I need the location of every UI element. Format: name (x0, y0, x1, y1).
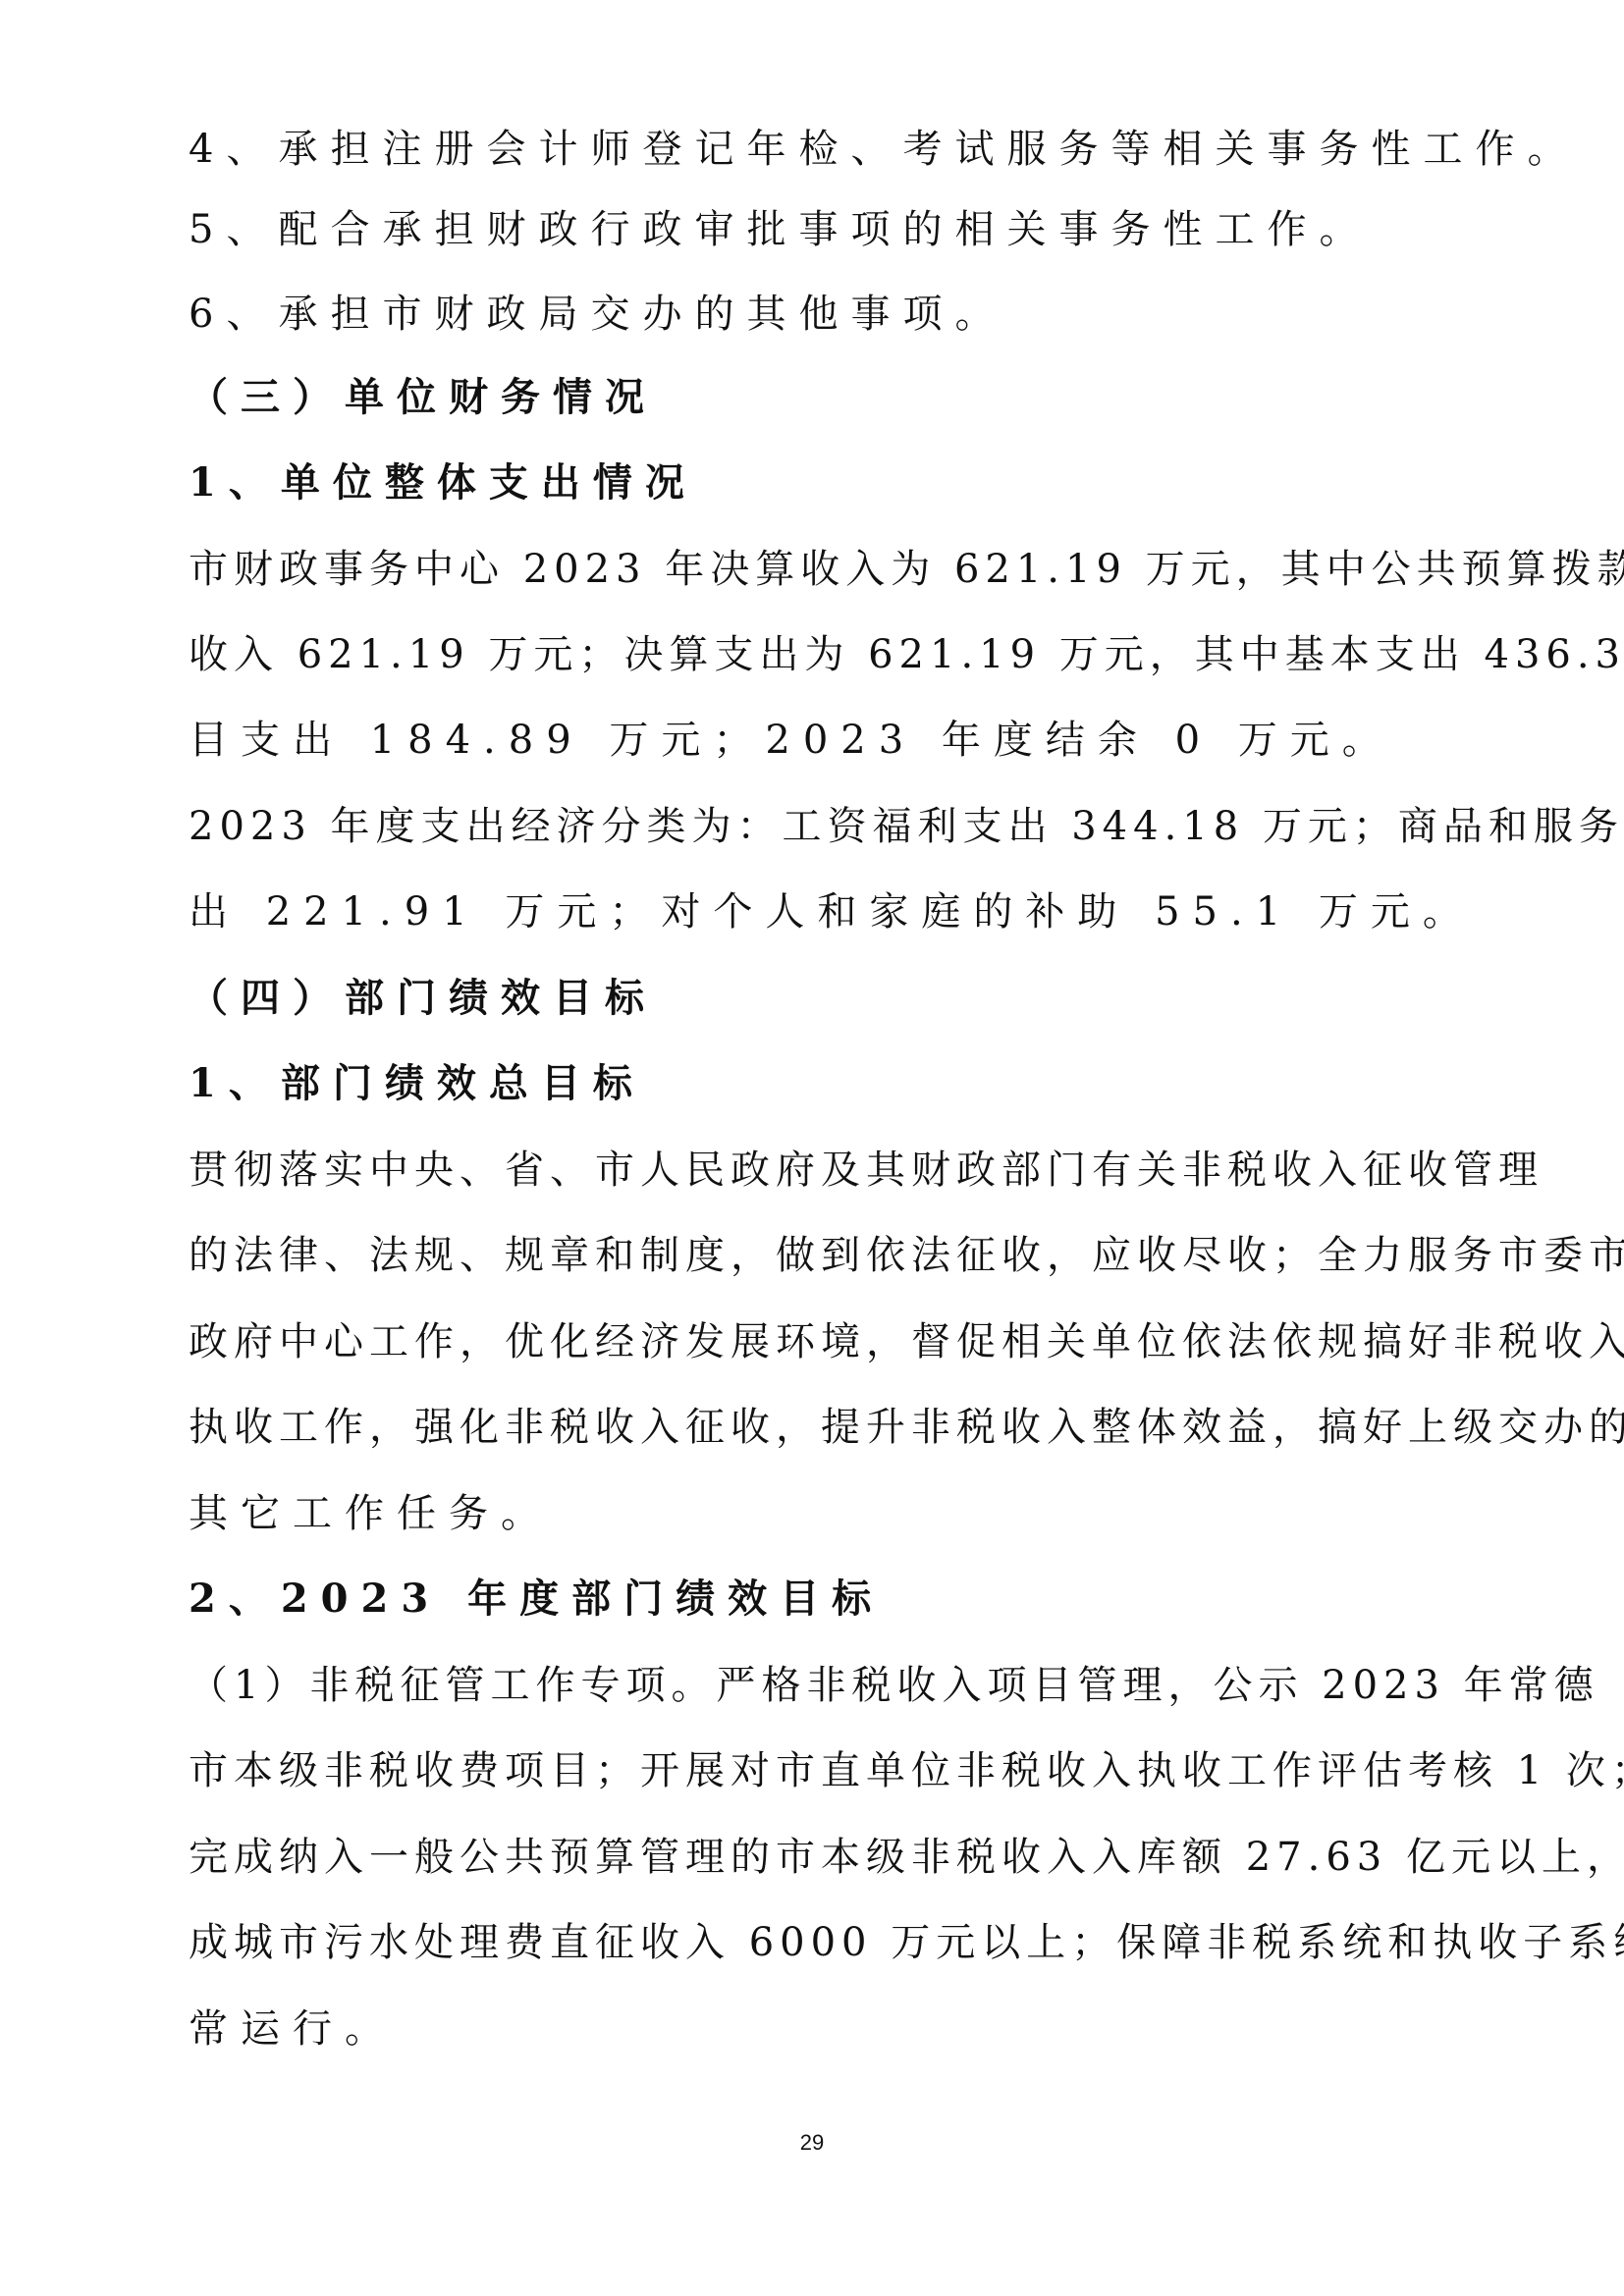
paragraph-line: 4、承担注册会计师登记年检、考试服务等相关事务性工作。 (189, 120, 1509, 179)
paragraph-line: 出 221.91 万元；对个人和家庭的补助 55.1 万元。 (189, 882, 1509, 941)
paragraph-line: 政府中心工作，优化经济发展环境，督促相关单位依法依规搞好非税收入 (189, 1312, 1509, 1371)
paragraph-line: 2023 年度支出经济分类为：工资福利支出 344.18 万元；商品和服务支 (189, 797, 1509, 856)
paragraph-line: （1）非税征管工作专项。严格非税收入项目管理，公示 2023 年常德 (189, 1656, 1509, 1715)
paragraph-line: 常运行。 (189, 2000, 1509, 2058)
section-heading: （四）部门绩效目标 (189, 969, 1509, 1028)
paragraph-line: 完成纳入一般公共预算管理的市本级非税收入入库额 27.63 亿元以上，完 (189, 1828, 1509, 1887)
section-heading: 1、部门绩效总目标 (189, 1054, 1509, 1113)
paragraph-line: 6、承担市财政局交办的其他事项。 (189, 285, 1509, 344)
paragraph-line: 执收工作，强化非税收入征收，提升非税收入整体效益，搞好上级交办的 (189, 1398, 1509, 1457)
section-heading: 1、单位整体支出情况 (189, 454, 1509, 512)
paragraph-line: 目支出 184.89 万元；2023 年度结余 0 万元。 (189, 711, 1509, 770)
section-heading: 2、2023 年度部门绩效目标 (189, 1570, 1509, 1629)
section-heading: （三）单位财务情况 (189, 368, 1509, 427)
page-number: 29 (0, 2128, 1624, 2158)
paragraph-line: 收入 621.19 万元；决算支出为 621.19 万元，其中基本支出 436.… (189, 625, 1509, 684)
paragraph-line: 的法律、法规、规章和制度，做到依法征收，应收尽收；全力服务市委市 (189, 1226, 1509, 1285)
paragraph-line: 其它工作任务。 (189, 1484, 1509, 1543)
paragraph-line: 市财政事务中心 2023 年决算收入为 621.19 万元，其中公共预算拨款 (189, 540, 1509, 599)
paragraph-line: 成城市污水处理费直征收入 6000 万元以上；保障非税系统和执收子系统正 (189, 1913, 1509, 1972)
paragraph-line: 贯彻落实中央、省、市人民政府及其财政部门有关非税收入征收管理 (189, 1141, 1509, 1200)
document-page: 4、承担注册会计师登记年检、考试服务等相关事务性工作。5、配合承担财政行政审批事… (0, 0, 1624, 2296)
paragraph-line: 5、配合承担财政行政审批事项的相关事务性工作。 (189, 200, 1509, 259)
paragraph-line: 市本级非税收费项目；开展对市直单位非税收入执收工作评估考核 1 次； (189, 1741, 1509, 1800)
